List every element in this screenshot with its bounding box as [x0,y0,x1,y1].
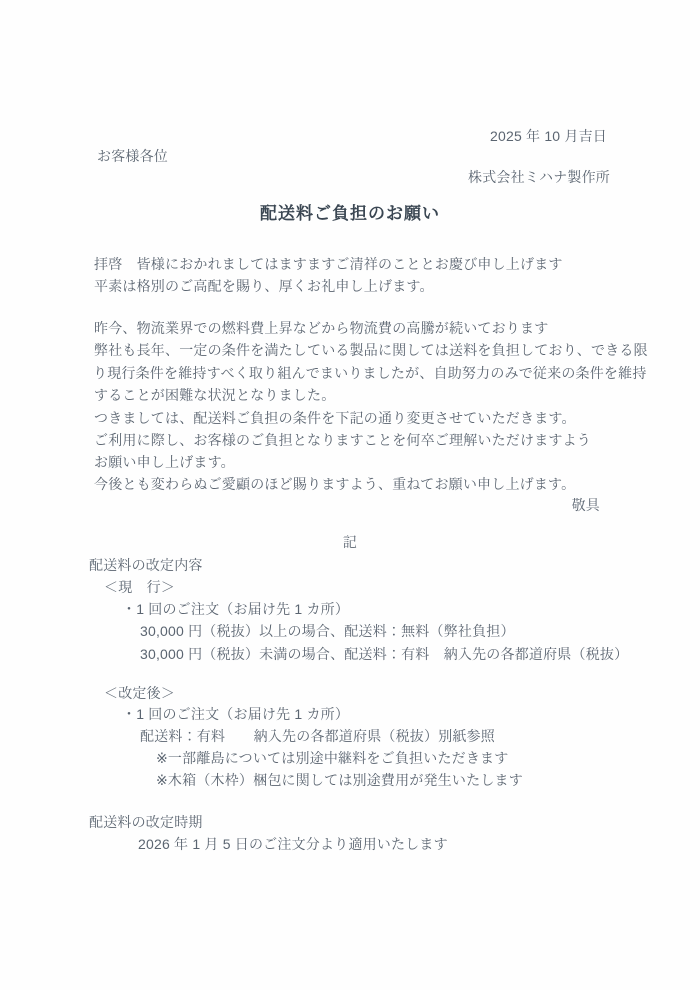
closing-keigu: 敬具 [572,495,600,515]
body-line: 今後とも変わらぬご愛顧のほど賜りますよう、重ねてお願い申し上げます。 [94,474,575,494]
body-line: つきましては、配送料ご負担の条件を下記の通り変更させていただきます。 [94,408,576,428]
body-line: 昨今、物流業界での燃料費上昇などから物流費の高騰が続いております [94,318,548,338]
body-line: お願い申し上げます。 [94,452,235,472]
revised-section-label: ＜改定後＞ [104,683,175,703]
letter-title: 配送料ご負担のお願い [0,204,700,224]
sender-company-name: 株式会社ミハナ製作所 [468,167,610,187]
letter-date: 2025 年 10 月吉日 [490,126,607,146]
letter-addressee: お客様各位 [97,146,168,166]
body-line: り現行条件を維持すべく取り組んでまいりましたが、自助努力のみで従来の条件を維持 [93,363,647,383]
greeting-line: 平素は格別のご高配を賜り、厚くお礼申し上げます。 [94,276,434,296]
body-line: することが困難な状況となりました。 [94,385,335,405]
remote-island-note: ※一部離島については別途中継料をご負担いただきます [156,748,508,768]
current-order-line: ・1 回のご注文（お届け先 1 カ所） [122,599,349,619]
record-mark: 記 [0,532,700,552]
revision-heading: 配送料の改定内容 [89,555,203,575]
current-free-shipping-line: 30,000 円（税抜）以上の場合、配送料：無料（弊社負担） [140,621,515,641]
scanned-letter-page: 2025 年 10 月吉日 お客様各位 株式会社ミハナ製作所 配送料ご負担のお願… [0,0,700,990]
revised-fee-line: 配送料：有料 納入先の各都道府県（税抜）別紙参照 [140,726,495,746]
wooden-crate-note: ※木箱（木枠）梱包に関しては別途費用が発生いたします [156,770,523,790]
current-section-label: ＜現 行＞ [104,577,175,597]
timing-line: 2026 年 1 月 5 日のご注文分より適用いたします [138,834,448,854]
revised-order-line: ・1 回のご注文（お届け先 1 カ所） [122,704,349,724]
timing-heading: 配送料の改定時期 [89,812,203,832]
body-line: 弊社も長年、一定の条件を満たしている製品に関しては送料を負担しており、できる限 [94,340,648,360]
current-paid-shipping-line: 30,000 円（税抜）未満の場合、配送料：有料 納入先の各都道府県（税抜） [140,644,628,664]
greeting-line: 拝啓 皆様におかれましてはますますご清祥のこととお慶び申し上げます [94,254,563,274]
body-line: ご利用に際し、お客様のご負担となりますことを何卒ご理解いただけますよう [94,430,591,450]
